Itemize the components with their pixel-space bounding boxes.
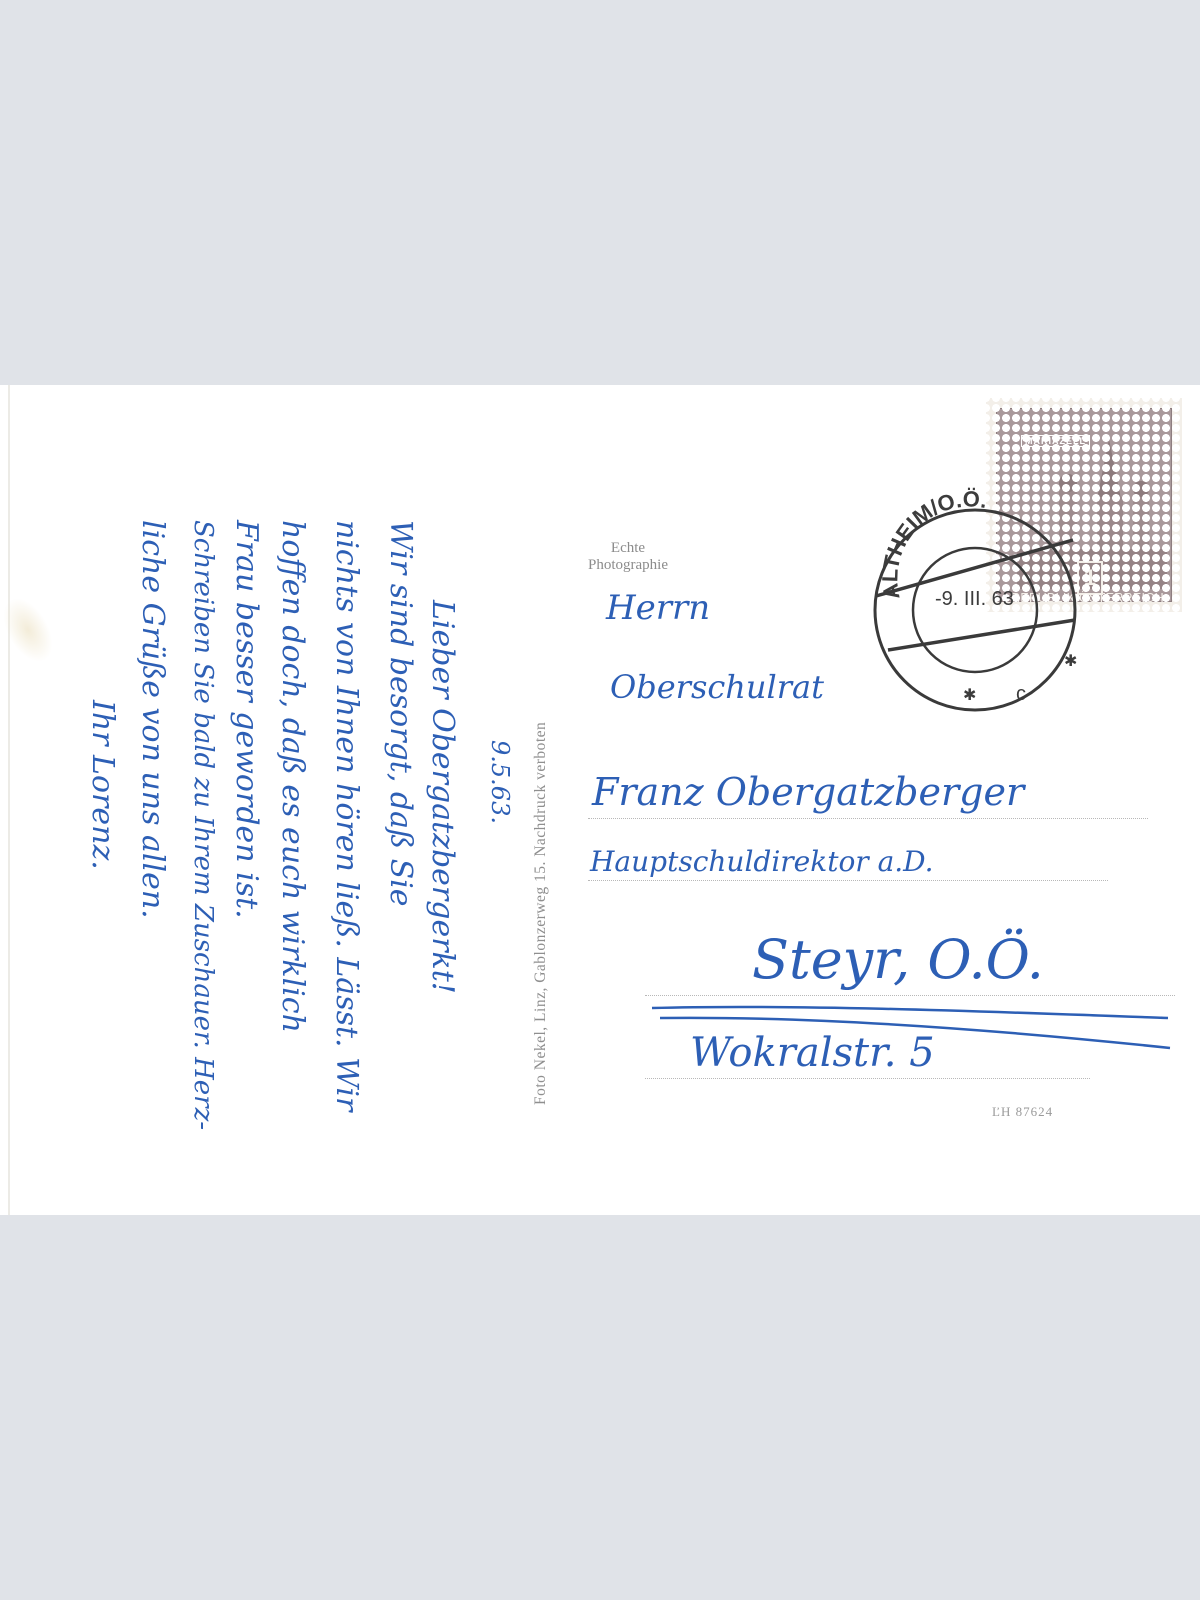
message-line: Lieber Obergatzbergerkt! (425, 600, 460, 994)
card-left-edge (8, 385, 10, 1215)
message-line: nichts von Ihnen hören ließ. Lässt. Wir (329, 520, 364, 1111)
address-title: Oberschulrat (610, 668, 824, 706)
address-name: Franz Obergatzberger (592, 770, 1024, 814)
message-line: Schreiben Sie bald zu Ihrem Zuschauer. H… (188, 520, 218, 1130)
message-line: liche Grüße von uns allen. (135, 520, 170, 919)
address-street: Wokralstr. 5 (690, 1030, 935, 1076)
publisher-imprint: Foto Nekel, Linz, Gablonzerweg 15. Nachd… (532, 722, 550, 1105)
address-line-rule (588, 880, 1108, 881)
address-line-rule (645, 1078, 1090, 1079)
stamp-value: 1 (1077, 561, 1103, 595)
message-line: Frau besser geworden ist. (229, 520, 264, 919)
stamp-country: REPUBLIK ÖSTERREICH (1011, 591, 1164, 605)
postage-stamp: MARIAZELL 1 REPUBLIK ÖSTERREICH (986, 398, 1182, 612)
message-date: 9.5.63. (486, 740, 514, 824)
address-city: Steyr, O.Ö. (752, 928, 1044, 991)
photo-label-line2: Photographie (588, 557, 668, 574)
address-line-rule (645, 995, 1175, 996)
address-salutation: Herrn (606, 588, 710, 628)
message-signature: Ihr Lorenz. (85, 700, 120, 870)
address-occupation: Hauptschuldirektor a.D. (590, 845, 934, 878)
message-line: hoffen doch, daß es euch wirklich (275, 520, 310, 1033)
photo-label: Echte Photographie (588, 540, 668, 574)
photo-label-line1: Echte (588, 540, 668, 557)
stamp-title: MARIAZELL (1021, 435, 1090, 447)
address-line-rule (588, 818, 1148, 819)
message-line: Wir sind besorgt, daß Sie (383, 520, 418, 906)
stamp-image: MARIAZELL 1 REPUBLIK ÖSTERREICH (996, 408, 1172, 602)
card-serial-number: ĽH 87624 (992, 1104, 1053, 1120)
